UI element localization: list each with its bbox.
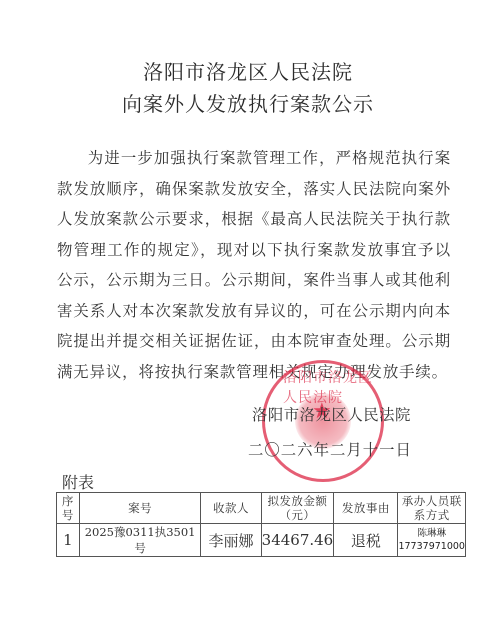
appendix-table: 序号 案号 收款人 拟发放金额（元） 发放事由 承办人员联系方式 1 2025豫… <box>56 492 466 557</box>
signature-date: 二〇二六年二月十一日 <box>248 438 412 460</box>
appendix-label: 附表 <box>62 470 94 493</box>
document-title-court: 洛阳市洛龙区人民法院 <box>0 56 496 85</box>
header-case-no: 案号 <box>79 493 201 524</box>
cell-reason: 退税 <box>334 524 398 557</box>
cell-case-no: 2025豫0311执3501号 <box>79 524 201 557</box>
cell-contact: 陈琳琳 17737971000 <box>398 524 466 557</box>
table-row: 1 2025豫0311执3501号 李丽娜 34467.46 退税 陈琳琳 17… <box>57 524 466 557</box>
seal-text: 洛阳市洛龙区人民法院 <box>283 367 381 407</box>
signature-court: 洛阳市洛龙区人民法院 <box>252 403 411 425</box>
header-contact: 承办人员联系方式 <box>398 493 466 524</box>
header-no: 序号 <box>57 493 80 524</box>
contact-phone: 17737971000 <box>398 540 465 553</box>
header-reason: 发放事由 <box>334 493 398 524</box>
header-amount: 拟发放金额（元） <box>261 493 334 524</box>
cell-payee: 李丽娜 <box>201 524 261 557</box>
table-header-row: 序号 案号 收款人 拟发放金额（元） 发放事由 承办人员联系方式 <box>57 493 466 524</box>
cell-no: 1 <box>57 524 80 557</box>
header-payee: 收款人 <box>201 493 261 524</box>
cell-amount: 34467.46 <box>261 524 334 557</box>
contact-name: 陈琳琳 <box>398 527 465 540</box>
document-title-subject: 向案外人发放执行案款公示 <box>0 88 496 117</box>
notice-body: 为进一步加强执行案款管理工作，严格规范执行案款发放顺序，确保案款发放安全，落实人… <box>57 143 451 387</box>
